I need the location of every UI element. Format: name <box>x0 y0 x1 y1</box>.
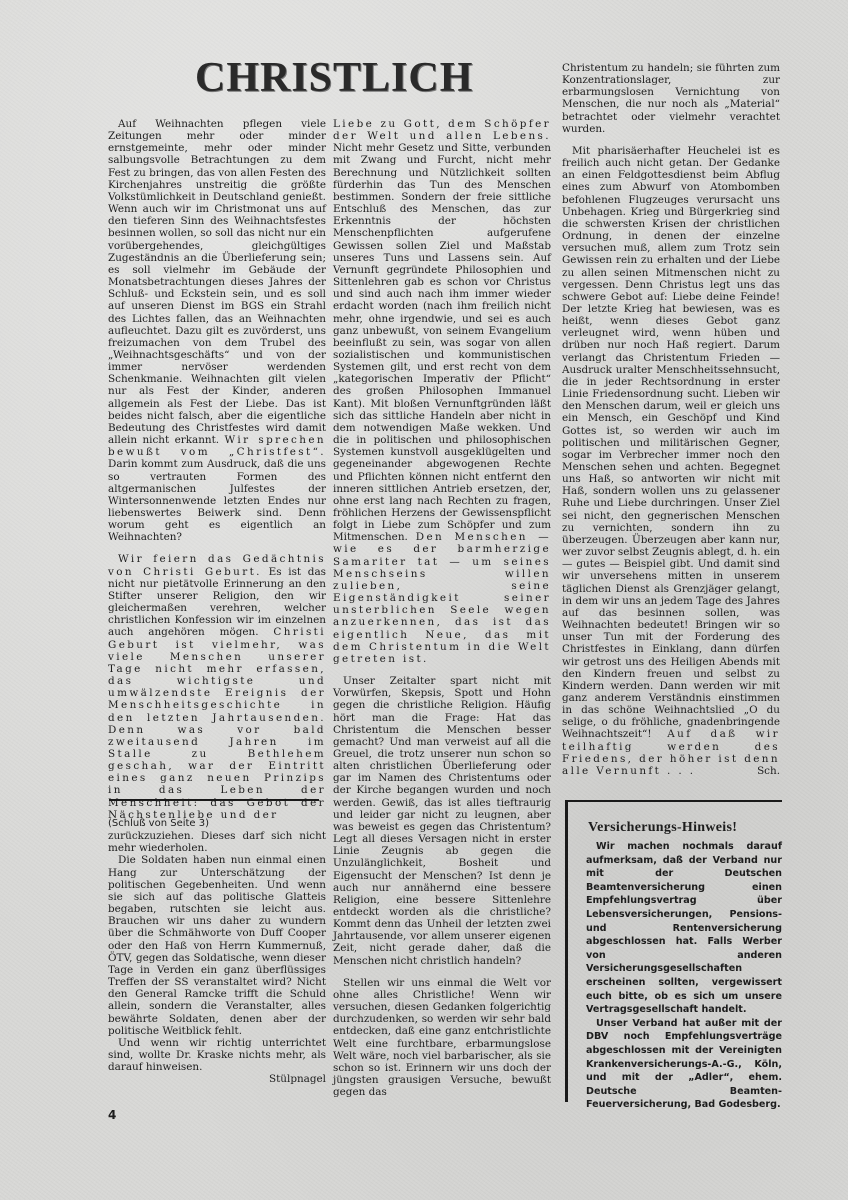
article-column-left: Auf Weihnachten pflegen viele Zeitungen … <box>108 118 326 821</box>
notice-title: Versicherungs-Hinweis! <box>588 820 782 836</box>
article-paragraph: Wir feiern das Gedächtnis von Christi Ge… <box>108 553 326 820</box>
page-number: 4 <box>108 1108 116 1122</box>
article-paragraph: Unser Zeitalter spart nicht mit Vorwürfe… <box>333 675 551 967</box>
emphasized-text: Den Menschen — wie es der barmherzige Sa… <box>333 531 551 665</box>
notice-body: Wir machen nochmals darauf aufmerksam, d… <box>586 840 782 1112</box>
article-paragraph: Auf Weihnachten pflegen viele Zeitungen … <box>108 118 326 543</box>
article-paragraph: Liebe zu Gott, dem Schöpfer der Welt und… <box>333 118 551 665</box>
article-paragraph: Die Soldaten haben nun einmal einen Hang… <box>108 854 326 1036</box>
article-paragraph: Christentum zu handeln; sie führten zum … <box>562 62 780 135</box>
column-separator-rule <box>109 799 319 801</box>
emphasized-text: Liebe zu Gott, dem Schöpfer der Welt und… <box>333 118 551 142</box>
notice-paragraph: Wir machen nochmals darauf aufmerksam, d… <box>586 840 782 1017</box>
emphasized-text: Christi Geburt ist vielmehr, was viele M… <box>108 626 326 820</box>
newspaper-page: CHRISTLICH Auf Weihnachten pflegen viele… <box>0 0 848 1200</box>
continuation-article: (Schluß von Seite 3) zurückzuziehen. Die… <box>108 818 326 1085</box>
article-column-middle: Liebe zu Gott, dem Schöpfer der Welt und… <box>333 118 551 1098</box>
article-paragraph: Stellen wir uns einmal die Welt vor ohne… <box>333 977 551 1099</box>
article-paragraph: zurückzuziehen. Dieses darf sich nicht m… <box>108 830 326 854</box>
article-title: CHRISTLICH <box>195 56 455 100</box>
author-signature: Sch. <box>747 765 780 777</box>
article-paragraph: Und wenn wir richtig unterrichtet sind, … <box>108 1037 326 1073</box>
author-signature: Stülpnagel <box>108 1073 326 1085</box>
insurance-notice-box: Versicherungs-Hinweis! Wir machen nochma… <box>565 800 782 1102</box>
article-paragraph: Mit pharisäerhafter Heuchelei ist es fre… <box>562 145 780 777</box>
article-column-right: Christentum zu handeln; sie führten zum … <box>562 62 780 777</box>
notice-paragraph: Unser Verband hat außer mit der DBV noch… <box>586 1017 782 1112</box>
continuation-source: (Schluß von Seite 3) <box>108 818 326 830</box>
